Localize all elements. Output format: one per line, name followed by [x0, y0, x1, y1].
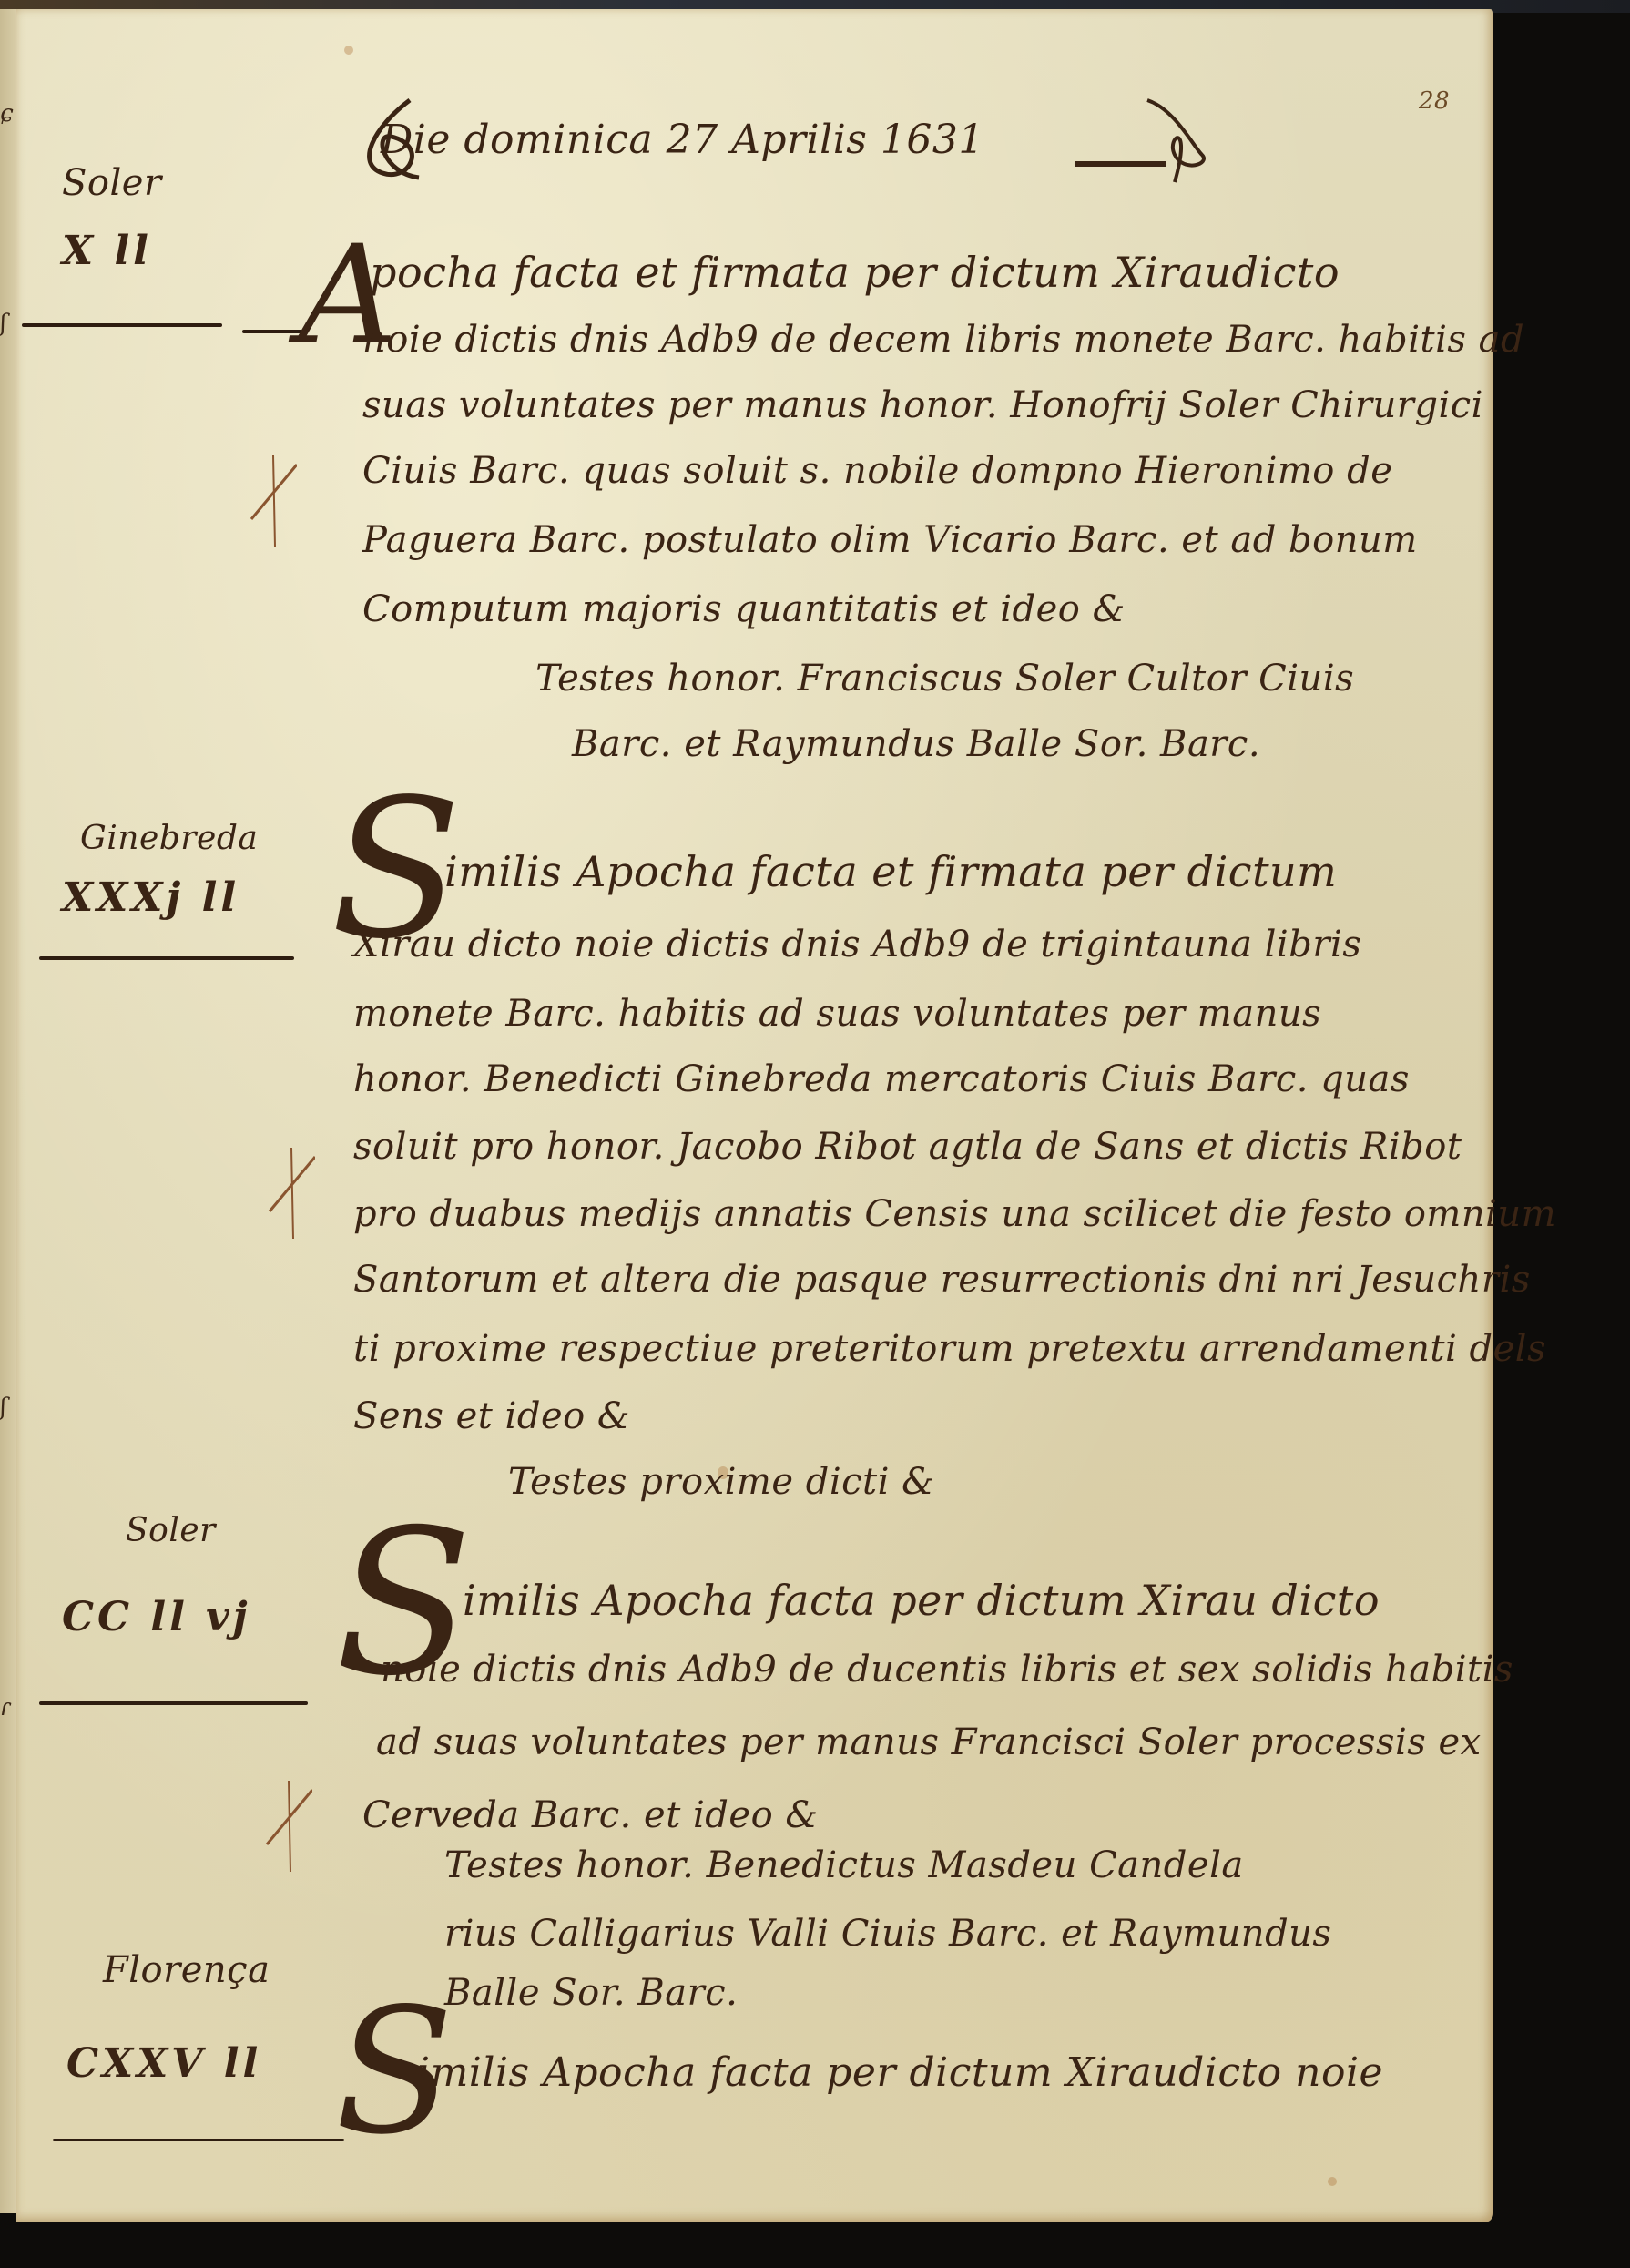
text-line: Paguera Barc. postulato olim Vicario Bar…: [362, 519, 1418, 561]
margin-amount: XXXj ll: [62, 874, 239, 921]
margin-name: Ginebreda: [80, 820, 258, 857]
text-line: imilis Apocha facta per dictum Xirau dic…: [463, 1576, 1380, 1625]
witness-line: Barc. et Raymundus Balle Sor. Barc.: [572, 723, 1260, 765]
witness-line: Testes proxime dicti &: [508, 1461, 934, 1503]
text-line: Cerveda Barc. et ideo &: [362, 1794, 818, 1836]
text-line: Computum majoris quantitatis et ideo &: [362, 588, 1126, 630]
margin-rule: [39, 956, 294, 960]
text-line: imilis Apocha facta per dictum Xiraudict…: [417, 2049, 1383, 2096]
witness-line: Testes honor. Franciscus Soler Cultor Ci…: [535, 658, 1354, 700]
text-line: pocha facta et firmata per dictum Xiraud…: [370, 248, 1340, 297]
previous-page-fragment: ʃ: [0, 1394, 6, 1421]
text-line: ti proxime respectiue preteritorum prete…: [353, 1328, 1546, 1370]
text-line: Ciuis Barc. quas soluit s. nobile dompno…: [362, 450, 1392, 492]
text-line: suas voluntates per manus honor. Honofri…: [362, 384, 1483, 426]
cross-mark-icon: [251, 1139, 315, 1239]
witness-line: rius Calligarius Valli Ciuis Barc. et Ra…: [444, 1913, 1331, 1955]
witness-line: Balle Sor. Barc.: [444, 1972, 738, 2014]
witness-line: Testes honor. Benedictus Masdeu Candela: [444, 1844, 1244, 1886]
cross-mark-icon: [249, 1772, 312, 1872]
margin-amount: X ll: [62, 228, 152, 274]
text-line: ad suas voluntates per manus Francisci S…: [376, 1721, 1482, 1763]
previous-page-fragment: ʃ: [0, 310, 6, 337]
margin-amount: CC ll vj: [62, 1594, 251, 1640]
margin-rule: [53, 2139, 344, 2141]
foxing-stain: [344, 46, 353, 55]
text-line: noie dictis dnis Adb9 de decem libris mo…: [362, 319, 1524, 361]
foxing-stain: [1328, 2177, 1337, 2186]
margin-amount: CXXV ll: [66, 2040, 261, 2087]
text-line: Santorum et altera die pasque resurrecti…: [353, 1259, 1531, 1301]
text-line: Sens et ideo &: [353, 1395, 630, 1437]
previous-page-fragment: ɕ: [0, 100, 14, 128]
cross-mark-icon: [233, 446, 297, 547]
text-line: imilis Apocha facta et firmata per dictu…: [444, 847, 1337, 896]
previous-page-edge: ɕ ʃ ʃ ɾ: [0, 9, 17, 2213]
manuscript-scan: ɕ ʃ ʃ ɾ 28 Die dominica 27 Aprilis 1631 …: [0, 0, 1630, 2268]
margin-name: Florença: [103, 1949, 270, 1991]
margin-rule: [242, 330, 306, 333]
text-line: pro duabus medijs annatis Censis una sci…: [353, 1193, 1556, 1235]
margin-rule: [22, 323, 222, 327]
text-line: monete Barc. habitis ad suas voluntates …: [353, 993, 1321, 1035]
date-heading: Die dominica 27 Aprilis 1631: [381, 117, 984, 163]
folio-number: 28: [1419, 87, 1450, 115]
margin-name: Soler: [62, 162, 162, 204]
previous-page-fragment: ɾ: [0, 1694, 11, 1721]
margin-rule: [39, 1701, 308, 1705]
manuscript-page: 28 Die dominica 27 Aprilis 1631 Soler X …: [16, 9, 1493, 2222]
text-line: honor. Benedicti Ginebreda mercatoris Ci…: [353, 1058, 1410, 1100]
text-line: Xirau dicto noie dictis dnis Adb9 de tri…: [353, 924, 1361, 965]
margin-name: Soler: [126, 1512, 216, 1549]
text-line: soluit pro honor. Jacobo Ribot agtla de …: [353, 1126, 1462, 1168]
text-line: noie dictis dnis Adb9 de ducentis libris…: [381, 1649, 1513, 1691]
